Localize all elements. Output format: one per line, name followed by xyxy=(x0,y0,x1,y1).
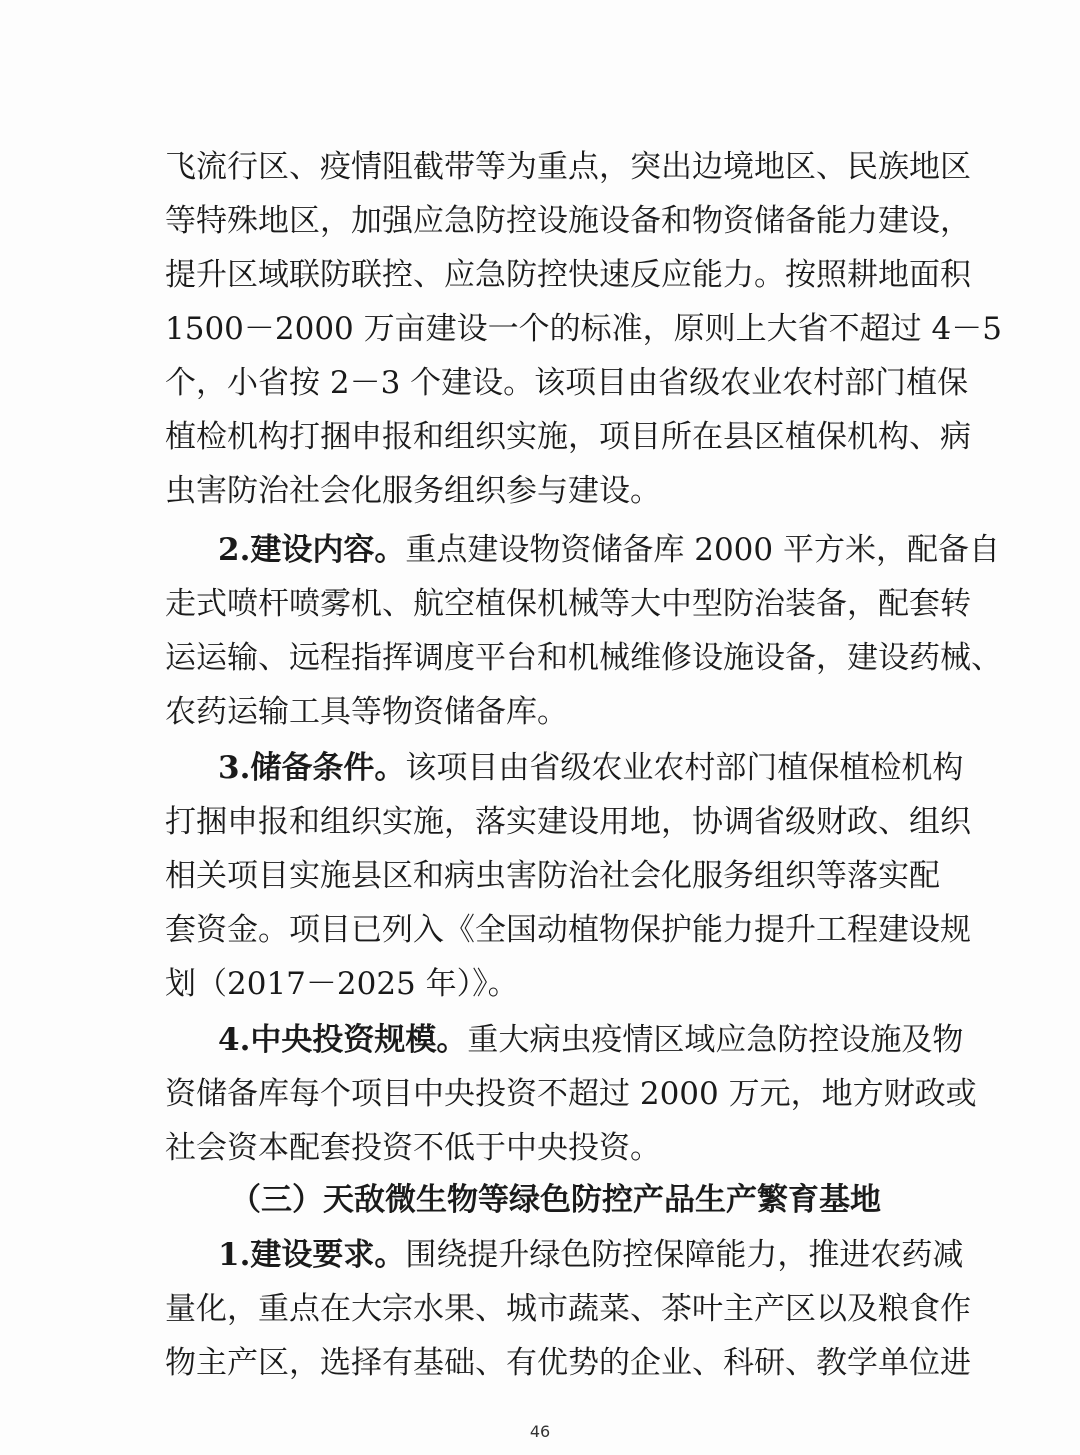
section-4-first-line: 4.中央投资规模。重大病虫疫情区域应急防控设施及物 xyxy=(218,1020,917,1060)
section-2-text: 重点建设物资储备库 2000 平方米，配备自 xyxy=(405,532,1000,568)
paragraph-line: 植检机构打捆申报和组织实施，项目所在县区植保机构、病 xyxy=(165,417,917,457)
paragraph-line: 等特殊地区，加强应急防控设施设备和物资储备能力建设， xyxy=(165,201,917,241)
page-number: 46 xyxy=(0,1422,1080,1441)
section-3-first-line: 3.储备条件。该项目由省级农业农村部门植保植检机构 xyxy=(218,748,917,788)
paragraph-line: 农药运输工具等物资储备库。 xyxy=(165,692,917,732)
section-4-lead: 4.中央投资规模。 xyxy=(218,1022,467,1058)
section-3-lead: 3.储备条件。 xyxy=(218,750,405,786)
paragraph-line: 划（2017－2025 年）》。 xyxy=(165,964,917,1004)
section-b1-lead: 1.建设要求。 xyxy=(218,1237,405,1273)
section-4-text: 重大病虫疫情区域应急防控设施及物 xyxy=(467,1022,963,1058)
paragraph-line: 提升区域联防联控、应急防控快速反应能力。按照耕地面积 xyxy=(165,255,917,295)
paragraph-line: 1500－2000 万亩建设一个的标准，原则上大省不超过 4－5 xyxy=(165,309,917,349)
section-2-lead: 2.建设内容。 xyxy=(218,532,405,568)
paragraph-line: 运运输、远程指挥调度平台和机械维修设施设备，建设药械、 xyxy=(165,638,917,678)
section-heading: （三）天敌微生物等绿色防控产品生产繁育基地 xyxy=(230,1180,840,1220)
paragraph-line: 相关项目实施县区和病虫害防治社会化服务组织等落实配 xyxy=(165,856,917,896)
paragraph-line: 量化，重点在大宗水果、城市蔬菜、茶叶主产区以及粮食作 xyxy=(165,1289,917,1329)
document-page: 飞流行区、疫情阻截带等为重点，突出边境地区、民族地区 等特殊地区，加强应急防控设… xyxy=(0,0,1080,1455)
paragraph-line: 物主产区，选择有基础、有优势的企业、科研、教学单位进 xyxy=(165,1343,917,1383)
paragraph-line: 走式喷杆喷雾机、航空植保机械等大中型防治装备，配套转 xyxy=(165,584,917,624)
paragraph-line: 虫害防治社会化服务组织参与建设。 xyxy=(165,471,917,511)
paragraph-line: 社会资本配套投资不低于中央投资。 xyxy=(165,1128,917,1168)
section-b1-text: 围绕提升绿色防控保障能力，推进农药减 xyxy=(405,1237,963,1273)
paragraph-line: 飞流行区、疫情阻截带等为重点，突出边境地区、民族地区 xyxy=(165,147,917,187)
paragraph-line: 套资金。项目已列入《全国动植物保护能力提升工程建设规 xyxy=(165,910,917,950)
section-b1-first-line: 1.建设要求。围绕提升绿色防控保障能力，推进农药减 xyxy=(218,1235,917,1275)
paragraph-line: 个，小省按 2－3 个建设。该项目由省级农业农村部门植保 xyxy=(165,363,917,403)
paragraph-line: 资储备库每个项目中央投资不超过 2000 万元，地方财政或 xyxy=(165,1074,917,1114)
section-2-first-line: 2.建设内容。重点建设物资储备库 2000 平方米，配备自 xyxy=(218,530,917,570)
section-3-text: 该项目由省级农业农村部门植保植检机构 xyxy=(405,750,963,786)
paragraph-line: 打捆申报和组织实施，落实建设用地，协调省级财政、组织 xyxy=(165,802,917,842)
